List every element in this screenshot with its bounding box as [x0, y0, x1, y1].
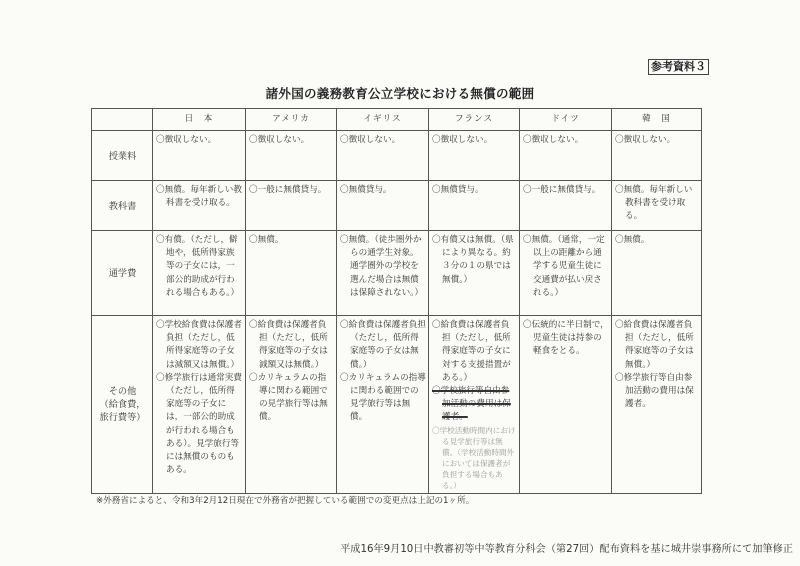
table-row-tuition: 授業料 〇徴収しない。 〇徴収しない。 〇徴収しない。 〇徴収しない。 〇徴収し…	[92, 131, 702, 181]
cell-text: 〇給食費は保護者負担（ただし，低所得家庭等の子女は減額又は無償。）	[249, 319, 334, 372]
cell-textbooks-korea: 〇無償。毎年新しい教科書を受け取る。	[612, 181, 702, 231]
cell-textbooks-japan: 〇無償。毎年新しい教科書を受け取る。	[153, 181, 246, 231]
column-header-germany: ドイツ	[520, 109, 612, 131]
row-header-commuting: 通学費	[92, 231, 153, 316]
document-title: 諸外国の義務教育公立学校における無償の範囲	[0, 84, 800, 102]
cell-textbooks-france: 〇無償貸与。	[429, 181, 520, 231]
cell-other-uk: 〇給食費は保護者負担（ただし，低所得家庭等の子女は無償。） 〇カリキュラムの指導…	[337, 316, 429, 494]
cell-text: 〇無償。	[249, 234, 334, 247]
cell-text: 〇無償。（通常，一定以上の距離から通学する児童生徒に交通費が払い戻される。）	[523, 234, 609, 300]
column-header-japan: 日 本	[153, 109, 246, 131]
cell-other-germany: 〇伝統的に半日制で，児童生徒は持参の軽食をとる。	[520, 316, 612, 494]
row-header-other: その他 （給食費， 旅行費等）	[92, 316, 153, 494]
row-header-line: （給食費，	[95, 398, 150, 411]
row-header-line: 旅行費等）	[95, 411, 150, 424]
cell-text: 〇給食費は保護者負担（ただし，低所得家庭等の子女は無償。）	[615, 319, 699, 372]
cell-text: 〇カリキュラムの指導に関わる範囲での見学旅行等は無償。	[249, 372, 334, 425]
cell-other-france: 〇給食費は保護者負担（ただし，低所得家庭等の子女に対する支援措置がある。） 〇学…	[429, 316, 520, 494]
struck-text: 〇学校旅行等自由参加活動の費用は保護者。	[432, 385, 517, 425]
row-header-textbooks: 教科書	[92, 181, 153, 231]
table-row-textbooks: 教科書 〇無償。毎年新しい教科書を受け取る。 〇一般に無償貸与。 〇無償貸与。 …	[92, 181, 702, 231]
row-header-line: その他	[95, 385, 150, 398]
cell-text: 〇一般に無償貸与。	[249, 184, 334, 197]
cell-text: 〇徴収しない。	[432, 134, 517, 147]
cell-other-japan: 〇学校給食費は保護者負担（ただし，低所得家庭等の子女は減額又は無償。） 〇修学旅…	[153, 316, 246, 494]
cell-text: 〇修学旅行等自由参加活動の費用は保護者。	[615, 372, 699, 412]
cell-text: 〇徴収しない。	[156, 134, 243, 147]
cell-commuting-japan: 〇有償。（ただし，僻地や，低所得家族等の子女には，一部公的助成が行われる場合もあ…	[153, 231, 246, 316]
cell-text: 〇修学旅行は通常実費（ただし，低所得家庭等の子女には，一部公的助成が行われる場合…	[156, 372, 243, 478]
table-row-other: その他 （給食費， 旅行費等） 〇学校給食費は保護者負担（ただし，低所得家庭等の…	[92, 316, 702, 494]
cell-text: 〇徴収しない。	[340, 134, 426, 147]
cell-text: 〇給食費は保護者負担（ただし，低所得家庭等の子女に対する支援措置がある。）	[432, 319, 517, 385]
cell-text: 〇徴収しない。	[249, 134, 334, 147]
cell-tuition-germany: 〇徴収しない。	[520, 131, 612, 181]
cell-commuting-uk: 〇無償。（徒歩圏外からの通学生対象。通学圏外の学校を選んだ場合は無償は保障されな…	[337, 231, 429, 316]
cell-other-usa: 〇給食費は保護者負担（ただし，低所得家庭等の子女は減額又は無償。） 〇カリキュラ…	[246, 316, 337, 494]
cell-tuition-korea: 〇徴収しない。	[612, 131, 702, 181]
column-header-uk: イギリス	[337, 109, 429, 131]
cell-text: 〇無償。（徒歩圏外からの通学生対象。通学圏外の学校を選んだ場合は無償は保障されな…	[340, 234, 426, 300]
table-row-commuting: 通学費 〇有償。（ただし，僻地や，低所得家族等の子女には，一部公的助成が行われる…	[92, 231, 702, 316]
cell-text: 〇カリキュラムの指導に関わる範囲での見学旅行等は無償。	[340, 372, 426, 425]
source-note: 平成16年9月10日中教審初等中等教育分科会（第27回）配布資料を基に城井崇事務…	[340, 540, 793, 555]
cell-textbooks-usa: 〇一般に無償貸与。	[246, 181, 337, 231]
cell-text: 〇無償。毎年新しい教科書を受け取る。	[615, 184, 699, 224]
cell-tuition-france: 〇徴収しない。	[429, 131, 520, 181]
column-header-france: フランス	[429, 109, 520, 131]
added-text: 〇学校活動時間内における見学旅行等は無償。（学校活動時間外においては保護者が負担…	[432, 425, 517, 491]
cell-text: 〇一般に無償貸与。	[523, 184, 609, 197]
cell-text: 〇伝統的に半日制で，児童生徒は持参の軽食をとる。	[523, 319, 609, 359]
cell-text: 〇無償。毎年新しい教科書を受け取る。	[156, 184, 243, 210]
cell-other-korea: 〇給食費は保護者負担（ただし，低所得家庭等の子女は無償。） 〇修学旅行等自由参加…	[612, 316, 702, 494]
cell-tuition-uk: 〇徴収しない。	[337, 131, 429, 181]
cell-text: 〇有償又は無償。（県により異なる。約３分の１の県では無償。）	[432, 234, 517, 287]
cell-commuting-france: 〇有償又は無償。（県により異なる。約３分の１の県では無償。）	[429, 231, 520, 316]
corner-cell	[92, 109, 153, 131]
reference-label: 参考資料３	[648, 59, 709, 75]
footnote: ※外務省によると、令和3年2月12日現在で外務省が把握している範囲での変更点は上…	[96, 494, 474, 506]
comparison-table: 日 本 アメリカ イギリス フランス ドイツ 韓 国 授業料 〇徴収しない。 〇…	[91, 108, 702, 494]
cell-commuting-usa: 〇無償。	[246, 231, 337, 316]
cell-text: 〇給食費は保護者負担（ただし，低所得家庭等の子女は無償。）	[340, 319, 426, 372]
cell-tuition-japan: 〇徴収しない。	[153, 131, 246, 181]
cell-text: 〇無償貸与。	[432, 184, 517, 197]
cell-text: 〇徴収しない。	[523, 134, 609, 147]
column-header-korea: 韓 国	[612, 109, 702, 131]
column-header-usa: アメリカ	[246, 109, 337, 131]
cell-commuting-korea: 〇無償。	[612, 231, 702, 316]
cell-text: 〇学校給食費は保護者負担（ただし，低所得家庭等の子女は減額又は無償。）	[156, 319, 243, 372]
cell-text: 〇徴収しない。	[615, 134, 699, 147]
row-header-tuition: 授業料	[92, 131, 153, 181]
cell-text: 〇有償。（ただし，僻地や，低所得家族等の子女には，一部公的助成が行われる場合もあ…	[156, 234, 243, 300]
cell-commuting-germany: 〇無償。（通常，一定以上の距離から通学する児童生徒に交通費が払い戻される。）	[520, 231, 612, 316]
table-header-row: 日 本 アメリカ イギリス フランス ドイツ 韓 国	[92, 109, 702, 131]
cell-text: 〇無償。	[615, 234, 699, 247]
cell-text: 〇無償貸与。	[340, 184, 426, 197]
cell-textbooks-uk: 〇無償貸与。	[337, 181, 429, 231]
cell-textbooks-germany: 〇一般に無償貸与。	[520, 181, 612, 231]
cell-tuition-usa: 〇徴収しない。	[246, 131, 337, 181]
